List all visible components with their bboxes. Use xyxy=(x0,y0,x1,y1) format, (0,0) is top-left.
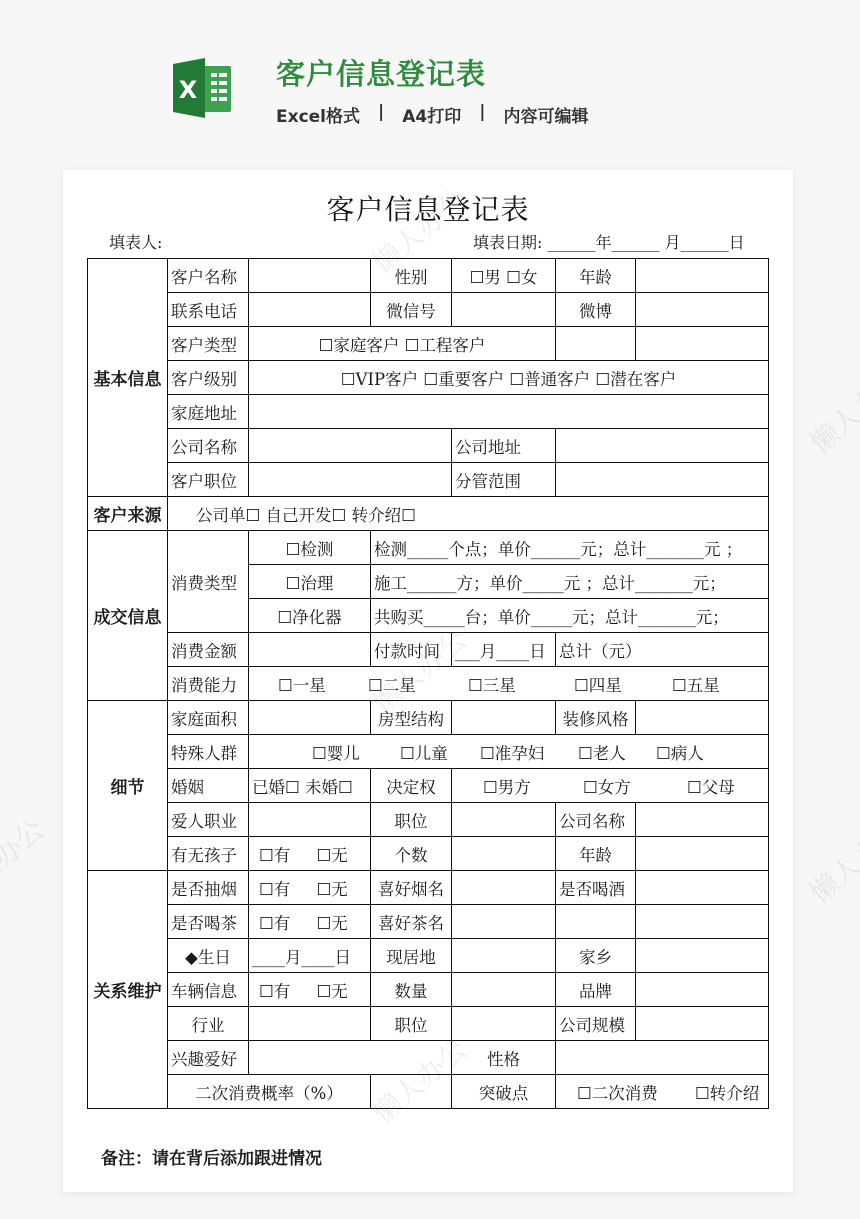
field-customer-name[interactable] xyxy=(249,259,371,293)
special-group-checkboxes[interactable]: ☐婴儿☐儿童☐准孕妇☐老人☐病人 xyxy=(249,735,769,769)
label-ability: 消费能力 xyxy=(168,667,249,701)
field-count[interactable] xyxy=(452,837,556,871)
table-row: 客户职位 分管范围 xyxy=(88,463,769,497)
table-row: 有无孩子 ☐有 ☐无 个数 年龄 xyxy=(88,837,769,871)
gender-checkboxes[interactable]: ☐男 ☐女 xyxy=(452,259,556,293)
label-marriage: 婚姻 xyxy=(168,769,249,803)
section-deal-info: 成交信息 xyxy=(88,531,168,701)
label-job-title: 职位 xyxy=(371,1007,452,1041)
field-home-address[interactable] xyxy=(249,395,769,429)
field-hobbies[interactable] xyxy=(249,1041,452,1075)
field-job-title[interactable] xyxy=(452,1007,556,1041)
option-treatment[interactable]: ☐治理 xyxy=(249,565,371,599)
option-test[interactable]: ☐检测 xyxy=(249,531,371,565)
document-preview: 客户信息登记表 填表人: 填表日期: ______年______ 月______… xyxy=(63,170,793,1192)
label-scope: 分管范围 xyxy=(452,463,556,497)
field-spouse-job[interactable] xyxy=(249,803,371,837)
table-row: 消费金额 付款时间 ___月____日 总计（元） xyxy=(88,633,769,667)
label-gender: 性别 xyxy=(371,259,452,293)
ability-checkboxes[interactable]: ☐一星☐二星☐三星☐四星☐五星 xyxy=(249,667,769,701)
marriage-checkboxes[interactable]: 已婚☐ 未婚☐ xyxy=(249,769,371,803)
label-quantity: 数量 xyxy=(371,973,452,1007)
label-drink: 是否喝酒 xyxy=(556,871,636,905)
label-customer-name: 客户名称 xyxy=(168,259,249,293)
label-residence: 现居地 xyxy=(371,939,452,973)
table-row: 二次消费概率（%） 突破点 ☐二次消费☐转介绍 xyxy=(88,1075,769,1109)
field-tea-name[interactable] xyxy=(452,905,556,939)
label-home-address: 家庭地址 xyxy=(168,395,249,429)
infant-checkbox[interactable]: ☐婴儿 xyxy=(252,740,400,764)
label-phone: 联系电话 xyxy=(168,293,249,327)
label-position: 职位 xyxy=(371,803,452,837)
label-birthday: ◆生日 xyxy=(168,939,249,973)
table-row: 客户级别 ☐VIP客户 ☐重要客户 ☐普通客户 ☐潜在客户 xyxy=(88,361,769,395)
field-scope[interactable] xyxy=(556,463,769,497)
table-row: 特殊人群 ☐婴儿☐儿童☐准孕妇☐老人☐病人 xyxy=(88,735,769,769)
empty-cell[interactable] xyxy=(556,327,636,361)
page-title: 客户信息登记表 xyxy=(276,52,486,93)
label-house-structure: 房型结构 xyxy=(371,701,452,735)
table-row: 是否喝茶 ☐有 ☐无 喜好茶名 xyxy=(88,905,769,939)
label-smoke: 是否抽烟 xyxy=(168,871,249,905)
field-amount[interactable] xyxy=(249,633,371,667)
field-company-size[interactable] xyxy=(636,1007,769,1041)
field-company-name[interactable] xyxy=(249,429,452,463)
section-customer-source: 客户来源 xyxy=(88,497,168,531)
detail-test[interactable]: 检测_____个点；单价______元；总计_______元 ； xyxy=(371,531,769,565)
elderly-checkbox[interactable]: ☐老人 xyxy=(578,740,656,764)
label-tea: 是否喝茶 xyxy=(168,905,249,939)
label-cigarette: 喜好烟名 xyxy=(371,871,452,905)
section-basic-info: 基本信息 xyxy=(88,259,168,497)
field-age[interactable] xyxy=(636,259,769,293)
field-house-structure[interactable] xyxy=(452,701,556,735)
field-company[interactable] xyxy=(636,803,769,837)
customer-info-form: 基本信息 客户名称 性别 ☐男 ☐女 年龄 联系电话 微信号 微博 客户类型 ☐… xyxy=(87,258,769,1109)
tag-format: Excel格式 xyxy=(276,102,360,127)
field-brand[interactable] xyxy=(636,973,769,1007)
label-children: 有无孩子 xyxy=(168,837,249,871)
table-row: 成交信息 消费类型 ☐检测 检测_____个点；单价______元；总计____… xyxy=(88,531,769,565)
label-amount: 消费金额 xyxy=(168,633,249,667)
field-payment-date[interactable]: ___月____日 xyxy=(452,633,556,667)
section-relationship: 关系维护 xyxy=(88,871,168,1109)
label-weibo: 微博 xyxy=(556,293,636,327)
field-hometown[interactable] xyxy=(636,939,769,973)
star-5-checkbox[interactable]: ☐五星 xyxy=(672,672,720,696)
label-child-age: 年龄 xyxy=(556,837,636,871)
table-row: 行业 职位 公司规模 xyxy=(88,1007,769,1041)
breakthrough-checkboxes[interactable]: ☐二次消费☐转介绍 xyxy=(556,1075,769,1109)
tag-editable: 内容可编辑 xyxy=(503,102,588,127)
label-company-address: 公司地址 xyxy=(452,429,556,463)
label-age: 年龄 xyxy=(556,259,636,293)
table-row: 关系维护 是否抽烟 ☐有 ☐无 喜好烟名 是否喝酒 xyxy=(88,871,769,905)
footer-note: 备注：请在背后添加跟进情况 xyxy=(101,1144,322,1169)
wife-checkbox[interactable]: ☐女方 xyxy=(583,774,687,798)
tea-checkboxes[interactable]: ☐有 ☐无 xyxy=(249,905,371,939)
label-tea-name: 喜好茶名 xyxy=(371,905,452,939)
referral-checkbox[interactable]: ☐转介绍 xyxy=(695,1080,759,1104)
table-row: 婚姻 已婚☐ 未婚☐ 决定权 ☐男方☐女方☐父母 xyxy=(88,769,769,803)
field-wechat[interactable] xyxy=(452,293,556,327)
field-residence[interactable] xyxy=(452,939,556,973)
child-checkbox[interactable]: ☐儿童 xyxy=(400,740,480,764)
filler-label: 填表人: xyxy=(109,230,162,253)
pregnant-checkbox[interactable]: ☐准孕妇 xyxy=(480,740,578,764)
source-checkboxes[interactable]: 公司单☐ 自己开发☐ 转介绍☐ xyxy=(168,497,769,531)
detail-treatment[interactable]: 施工______方；单价_____元 ；总计_______元； xyxy=(371,565,769,599)
label-payment-time: 付款时间 xyxy=(371,633,452,667)
table-row: 基本信息 客户名称 性别 ☐男 ☐女 年龄 xyxy=(88,259,769,293)
customer-type-checkboxes[interactable]: ☐家庭客户 ☐工程客户 xyxy=(249,327,556,361)
field-quantity[interactable] xyxy=(452,973,556,1007)
field-child-age[interactable] xyxy=(636,837,769,871)
star-3-checkbox[interactable]: ☐三星 xyxy=(468,672,574,696)
option-purifier[interactable]: ☐净化器 xyxy=(249,599,371,633)
label-wechat: 微信号 xyxy=(371,293,452,327)
label-special-group: 特殊人群 xyxy=(168,735,249,769)
label-customer-position: 客户职位 xyxy=(168,463,249,497)
label-vehicle: 车辆信息 xyxy=(168,973,249,1007)
label-hobbies: 兴趣爱好 xyxy=(168,1041,249,1075)
husband-checkbox[interactable]: ☐男方 xyxy=(455,774,583,798)
label-total[interactable]: 总计（元） xyxy=(556,633,769,667)
table-row: 客户类型 ☐家庭客户 ☐工程客户 xyxy=(88,327,769,361)
empty-cell[interactable] xyxy=(636,327,769,361)
field-company-address[interactable] xyxy=(556,429,769,463)
label-customer-level: 客户级别 xyxy=(168,361,249,395)
field-drink[interactable] xyxy=(636,871,769,905)
label-decision: 决定权 xyxy=(371,769,452,803)
table-row: 车辆信息 ☐有 ☐无 数量 品牌 xyxy=(88,973,769,1007)
table-row: ◆生日 ____月____日 现居地 家乡 xyxy=(88,939,769,973)
section-details: 细节 xyxy=(88,701,168,871)
watermark: 懒人办公 xyxy=(800,809,860,912)
table-row: 家庭地址 xyxy=(88,395,769,429)
label-customer-type: 客户类型 xyxy=(168,327,249,361)
page-header: X 客户信息登记表 Excel格式 | A4打印 | 内容可编辑 xyxy=(0,0,860,160)
table-row: 客户来源 公司单☐ 自己开发☐ 转介绍☐ xyxy=(88,497,769,531)
document-title: 客户信息登记表 xyxy=(63,188,793,228)
table-row: 细节 家庭面积 房型结构 装修风格 xyxy=(88,701,769,735)
decision-checkboxes[interactable]: ☐男方☐女方☐父母 xyxy=(452,769,769,803)
field-personality[interactable] xyxy=(556,1041,769,1075)
tag-separator: | xyxy=(479,102,485,127)
detail-purifier[interactable]: 共购买_____台；单价_____元；总计_______元； xyxy=(371,599,769,633)
field-repurchase-rate[interactable] xyxy=(371,1075,452,1109)
label-consume-type: 消费类型 xyxy=(168,531,249,633)
label-spouse-job: 爱人职业 xyxy=(168,803,249,837)
field-birthday[interactable]: ____月____日 xyxy=(249,939,371,973)
fill-date-label: 填表日期: ______年______ 月______日 xyxy=(473,230,745,253)
label-hometown: 家乡 xyxy=(556,939,636,973)
parents-checkbox[interactable]: ☐父母 xyxy=(687,774,735,798)
label-breakthrough: 突破点 xyxy=(452,1075,556,1109)
field-decor-style[interactable] xyxy=(636,701,769,735)
label-brand: 品牌 xyxy=(556,973,636,1007)
label-company-size: 公司规模 xyxy=(556,1007,636,1041)
svg-text:X: X xyxy=(179,76,198,104)
patient-checkbox[interactable]: ☐病人 xyxy=(656,740,704,764)
star-2-checkbox[interactable]: ☐二星 xyxy=(368,672,468,696)
empty-cell[interactable] xyxy=(636,905,769,939)
table-row: 兴趣爱好 性格 xyxy=(88,1041,769,1075)
label-company-name: 公司名称 xyxy=(168,429,249,463)
star-4-checkbox[interactable]: ☐四星 xyxy=(574,672,672,696)
watermark: 懒人办公 xyxy=(800,359,860,462)
label-repurchase-rate: 二次消费概率（%） xyxy=(168,1075,371,1109)
label-company: 公司名称 xyxy=(556,803,636,837)
label-count: 个数 xyxy=(371,837,452,871)
label-personality: 性格 xyxy=(452,1041,556,1075)
star-1-checkbox[interactable]: ☐一星 xyxy=(252,672,368,696)
field-industry[interactable] xyxy=(249,1007,371,1041)
field-home-area[interactable] xyxy=(249,701,371,735)
children-checkboxes[interactable]: ☐有 ☐无 xyxy=(249,837,371,871)
table-row: 爱人职业 职位 公司名称 xyxy=(88,803,769,837)
field-customer-position[interactable] xyxy=(249,463,452,497)
excel-icon: X xyxy=(171,56,235,120)
label-industry: 行业 xyxy=(168,1007,249,1041)
table-row: 联系电话 微信号 微博 xyxy=(88,293,769,327)
empty-cell[interactable] xyxy=(556,905,636,939)
feature-tags: Excel格式 | A4打印 | 内容可编辑 xyxy=(276,102,588,127)
repurchase-checkbox[interactable]: ☐二次消费 xyxy=(559,1080,695,1104)
tag-separator: | xyxy=(378,102,384,127)
field-weibo[interactable] xyxy=(636,293,769,327)
label-decor-style: 装修风格 xyxy=(556,701,636,735)
field-phone[interactable] xyxy=(249,293,371,327)
customer-level-checkboxes[interactable]: ☐VIP客户 ☐重要客户 ☐普通客户 ☐潜在客户 xyxy=(249,361,769,395)
tag-print: A4打印 xyxy=(402,102,461,127)
vehicle-checkboxes[interactable]: ☐有 ☐无 xyxy=(249,973,371,1007)
table-row: 公司名称 公司地址 xyxy=(88,429,769,463)
field-cigarette[interactable] xyxy=(452,871,556,905)
smoke-checkboxes[interactable]: ☐有 ☐无 xyxy=(249,871,371,905)
table-row: 消费能力 ☐一星☐二星☐三星☐四星☐五星 xyxy=(88,667,769,701)
label-home-area: 家庭面积 xyxy=(168,701,249,735)
field-position[interactable] xyxy=(452,803,556,837)
watermark: 懒人办公 xyxy=(0,809,52,912)
